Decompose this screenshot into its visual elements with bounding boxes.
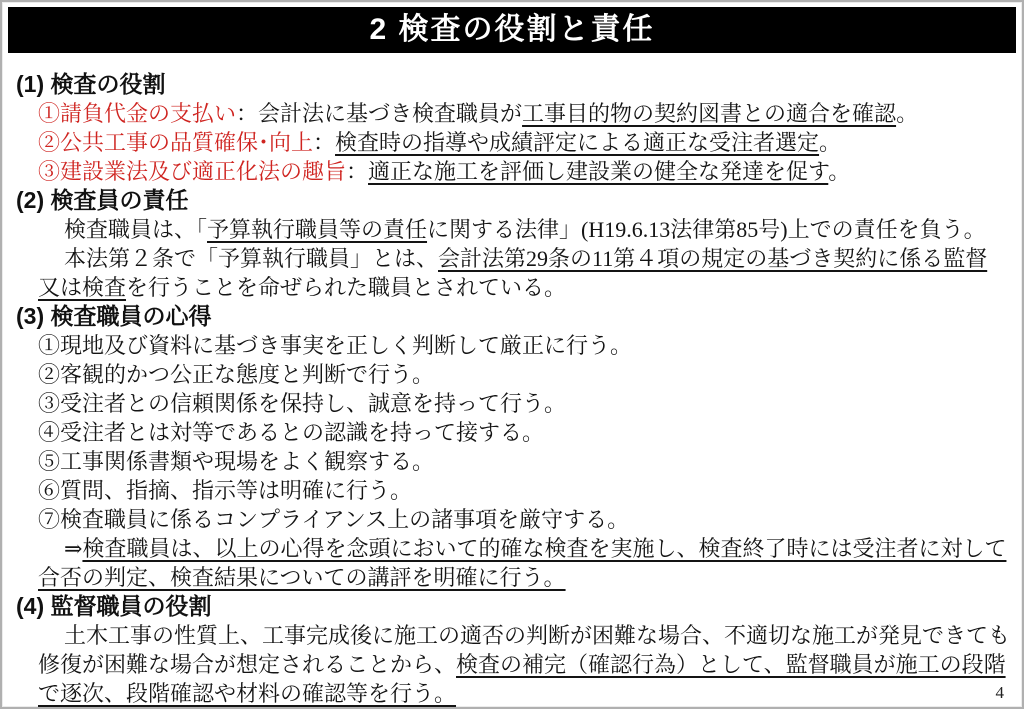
text-line: ⑥質問、指摘、指示等は明確に行う。 — [16, 476, 1008, 505]
underlined-text: で逐次、段階確認や材料の確認等を行う。 — [38, 681, 456, 706]
slide: 2 検査の役割と責任 (1) 検査の役割 ①請負代金の支払い：会計法に基づき検査… — [0, 0, 1024, 709]
body-text: ： — [236, 101, 258, 126]
slide-title: 2 検査の役割と責任 — [369, 13, 654, 46]
body-text: 。 — [896, 101, 918, 126]
body-text: 土木工事の性質上、工事完成後に施工の適否の判断が困難な場合、不適切な施工が発見で… — [64, 623, 1010, 648]
text-line: ②客観的かつ公正な態度と判断で行う。 — [16, 360, 1008, 389]
body-text: ⑥質問、指摘、指示等は明確に行う。 — [38, 478, 412, 503]
body-text: ①現地及び資料に基づき事実を正しく判断して厳正に行う。 — [38, 333, 632, 358]
section-lines: 検査職員は、「予算執行職員等の責任に関する法律」(H19.6.13法律第85号)… — [16, 215, 1008, 302]
text-line: 土木工事の性質上、工事完成後に施工の適否の判断が困難な場合、不適切な施工が発見で… — [16, 621, 1008, 650]
section-lines: ①請負代金の支払い：会計法に基づき検査職員が工事目的物の契約図書との適合を確認。… — [16, 99, 1008, 186]
text-line: ③建設業法及び適正化法の趣旨：適正な施工を評価し建設業の健全な発達を促す。 — [16, 157, 1008, 186]
text-line: 合否の判定、検査結果についての講評を明確に行う。 — [16, 563, 1008, 592]
underlined-text: 会計法第29条の11第４項の規定の基づき契約に係る監督 — [438, 246, 987, 271]
underlined-text: 工事目的物の契約図書との適合を確認 — [522, 101, 896, 126]
emphasis-red-text: ③建設業法及び適正化法の趣旨 — [38, 159, 346, 184]
text-line: 又は検査を行うことを命ぜられた職員とされている。 — [16, 273, 1008, 302]
section-supervisor-role: (4) 監督職員の役割 土木工事の性質上、工事完成後に施工の適否の判断が困難な場… — [16, 592, 1008, 708]
body-text: ： — [346, 159, 368, 184]
text-line: ④受注者とは対等であるとの認識を持って接する。 — [16, 418, 1008, 447]
underlined-text: 検査職員は、以上の心得を念頭において的確な検査を実施し、検査終了時には受注者に対… — [82, 536, 1006, 561]
body-text: ⑦検査職員に係るコンプライアンス上の諸事項を厳守する。 — [38, 507, 629, 532]
body-text: 会計法に基づき検査職員が — [258, 101, 522, 126]
section-lines: ①現地及び資料に基づき事実を正しく判断して厳正に行う。②客観的かつ公正な態度と判… — [16, 331, 1008, 592]
text-line: ③受注者との信頼関係を保持し、誠意を持って行う。 — [16, 389, 1008, 418]
section-inspector-responsibility: (2) 検査員の責任 検査職員は、「予算執行職員等の責任に関する法律」(H19.… — [16, 186, 1008, 302]
text-line: ②公共工事の品質確保･向上：検査時の指導や成績評定による適正な受注者選定。 — [16, 128, 1008, 157]
body-text: 本法第２条で「予算執行職員」とは、 — [64, 246, 438, 271]
body-text: 修復が困難な場合が想定されることから、 — [38, 652, 456, 677]
text-line: ⇒検査職員は、以上の心得を念頭において的確な検査を実施し、検査終了時には受注者に… — [16, 534, 1008, 563]
text-line: ①請負代金の支払い：会計法に基づき検査職員が工事目的物の契約図書との適合を確認。 — [16, 99, 1008, 128]
text-line: 修復が困難な場合が想定されることから、検査の補完（確認行為）として、監督職員が施… — [16, 650, 1008, 679]
body-text: 。 — [828, 159, 850, 184]
body-text: 。 — [819, 130, 841, 155]
body-text: に関する法律」(H19.6.13法律第85号)上での責任を負う。 — [427, 217, 986, 242]
underlined-text: 検査の補完（確認行為）として、監督職員が施工の段階 — [456, 652, 1006, 677]
text-line: 本法第２条で「予算執行職員」とは、会計法第29条の11第４項の規定の基づき契約に… — [16, 244, 1008, 273]
section-lines: 土木工事の性質上、工事完成後に施工の適否の判断が困難な場合、不適切な施工が発見で… — [16, 621, 1008, 708]
body-text: ⑤工事関係書類や現場をよく観察する。 — [38, 449, 434, 474]
body-text: ⇒ — [64, 536, 82, 561]
text-line: ⑤工事関係書類や現場をよく観察する。 — [16, 447, 1008, 476]
slide-title-bar: 2 検査の役割と責任 — [8, 7, 1016, 53]
page-number: 4 — [996, 683, 1005, 703]
slide-body: (1) 検査の役割 ①請負代金の支払い：会計法に基づき検査職員が工事目的物の契約… — [2, 62, 1022, 708]
text-line: 検査職員は、「予算執行職員等の責任に関する法律」(H19.6.13法律第85号)… — [16, 215, 1008, 244]
section-inspector-mindset: (3) 検査職員の心得 ①現地及び資料に基づき事実を正しく判断して厳正に行う。②… — [16, 302, 1008, 592]
underlined-text: 検査時の指導や成績評定による適正な受注者選定 — [335, 130, 819, 155]
body-text: ②客観的かつ公正な態度と判断で行う。 — [38, 362, 434, 387]
body-text: ④受注者とは対等であるとの認識を持って接する。 — [38, 420, 544, 445]
section-heading: (1) 検査の役割 — [16, 70, 1008, 99]
section-heading: (4) 監督職員の役割 — [16, 592, 1008, 621]
text-line: で逐次、段階確認や材料の確認等を行う。 — [16, 679, 1008, 708]
underlined-text: 合否の判定、検査結果についての講評を明確に行う。 — [38, 565, 566, 590]
underlined-text: 適正な施工を評価し建設業の健全な発達を促す — [368, 159, 828, 184]
body-text: を行うことを命ぜられた職員とされている。 — [126, 275, 566, 300]
text-line: ①現地及び資料に基づき事実を正しく判断して厳正に行う。 — [16, 331, 1008, 360]
body-text: 検査職員は、「 — [64, 217, 207, 242]
body-text: ③受注者との信頼関係を保持し、誠意を持って行う。 — [38, 391, 566, 416]
section-heading: (3) 検査職員の心得 — [16, 302, 1008, 331]
body-text: ： — [313, 130, 335, 155]
underlined-text: 又は検査 — [38, 275, 126, 300]
underlined-text: 予算執行職員等の責任 — [207, 217, 427, 242]
emphasis-red-text: ①請負代金の支払い — [38, 101, 236, 126]
section-heading: (2) 検査員の責任 — [16, 186, 1008, 215]
section-inspection-role: (1) 検査の役割 ①請負代金の支払い：会計法に基づき検査職員が工事目的物の契約… — [16, 70, 1008, 186]
text-line: ⑦検査職員に係るコンプライアンス上の諸事項を厳守する。 — [16, 505, 1008, 534]
emphasis-red-text: ②公共工事の品質確保･向上 — [38, 130, 313, 155]
